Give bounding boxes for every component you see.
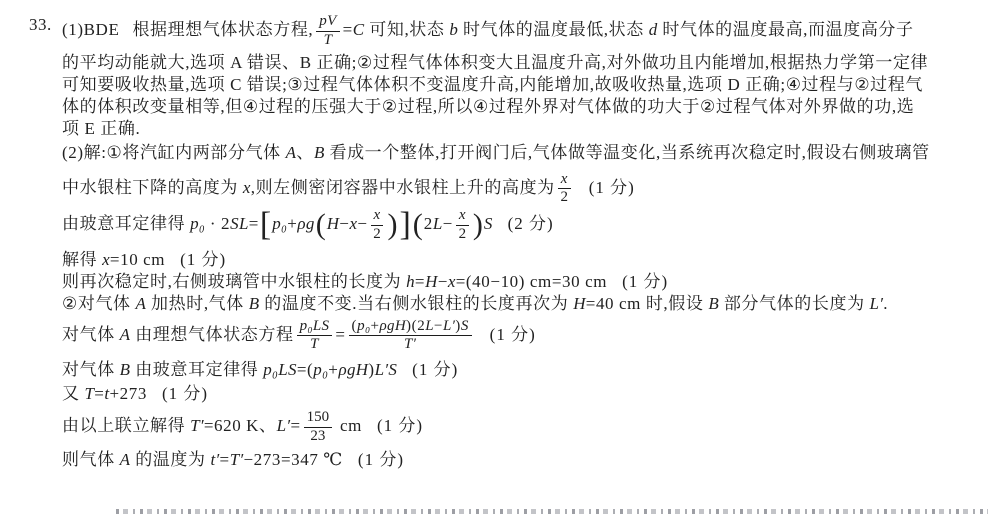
text-run: 解得 <box>62 250 102 269</box>
previous-line-fragment: 2.14/01—14/2. <box>116 0 998 8</box>
left-paren: ( <box>316 208 326 241</box>
text-run: =40 cm 时,假设 <box>586 294 709 313</box>
math-var: ρg <box>297 214 314 233</box>
solution-line: ②对气体 A 加热时,气体 B 的温度不变.当右侧水银柱的长度再次为 H=40 … <box>62 293 998 315</box>
text-run: 体的体积改变量相等,但④过程的压强大于②过程,所以④过程外界对气体做的功大于②过… <box>62 97 914 116</box>
math-var: p₀LS <box>263 360 297 379</box>
right-paren: ) <box>473 208 483 241</box>
score-mark: (1 分) <box>589 178 635 197</box>
text-run: ②对气体 <box>62 294 136 313</box>
math-var: T <box>84 384 94 403</box>
score-mark: (2 分) <box>508 214 554 233</box>
fraction-numerator: 150 <box>304 410 333 428</box>
text-run: 中水银柱下降的高度为 <box>62 178 243 197</box>
math-var: A <box>120 450 131 469</box>
math-var: ρgH <box>338 360 368 379</box>
math-result: =620 K、 <box>204 416 277 435</box>
math-operator: + <box>370 318 379 334</box>
solution-line: 解得 x=10 cm(1 分) <box>62 249 998 271</box>
fraction-denominator: 23 <box>310 428 325 445</box>
math-var: L <box>433 214 443 233</box>
math-var: L′ <box>277 416 291 435</box>
math-operator: = <box>249 214 259 233</box>
text-run: 部分气体的长度为 <box>719 294 870 313</box>
math-var: H <box>425 272 438 291</box>
equation-line: 由以上联立解得 T′=620 K、L′=15023 cm(1 分) <box>62 410 998 445</box>
solution-line: 的平均动能就大,选项 A 错误、B 正确;②过程气体体积变大且温度升高,对外做功… <box>62 52 998 74</box>
paren: )( <box>406 318 417 334</box>
math-var: S <box>484 214 493 233</box>
score-mark: (1 分) <box>358 450 404 469</box>
fraction-numerator: x <box>558 172 571 190</box>
score-mark: (1 分) <box>622 272 668 291</box>
text-run: 则再次稳定时,右侧玻璃管中水银柱的长度为 <box>62 272 406 291</box>
fraction-numerator: (p₀+ρgH)(2L−L′)S <box>349 319 472 337</box>
fragment-text: 2.14/01—14/2. <box>116 0 998 5</box>
text-run: ,则左侧密闭容器中水银柱上升的高度为 <box>251 178 555 197</box>
math-var: B <box>249 294 260 313</box>
unit-label: cm <box>335 416 362 435</box>
text-run: 时气体的温度最高,而温度高分子 <box>658 20 914 39</box>
math-var: T′ <box>190 416 204 435</box>
document-page: 2.14/01—14/2. 33.(1)BDE根据理想气体状态方程,pVT=C … <box>0 0 1006 471</box>
text-run: 加热时,气体 <box>146 294 249 313</box>
math-var: H <box>573 294 586 313</box>
left-paren: ( <box>413 208 423 241</box>
score-mark: (1 分) <box>490 325 536 344</box>
text-run: 由玻意耳定律得 <box>62 214 190 233</box>
answer-letters: (1)BDE <box>62 20 119 39</box>
text-run: 的温度不变.当右侧水银柱的长度再次为 <box>259 294 573 313</box>
fraction-numerator: pV <box>316 14 339 32</box>
math-var: L′ <box>443 318 455 334</box>
equation-line: 又 T=t+273(1 分) <box>62 383 998 405</box>
text-run: 由玻意耳定律得 <box>130 360 263 379</box>
solution-line: 则再次稳定时,右侧玻璃管中水银柱的长度为 h=H−x=(40−10) cm=30… <box>62 271 998 293</box>
text-run: 项 E 正确. <box>62 119 140 138</box>
text-run: 看成一个整体,打开阀门后,气体做等温变化,当系统再次稳定时,假设右侧玻璃管 <box>325 143 930 162</box>
math-var: p₀ <box>190 214 205 233</box>
math-result: =10 cm <box>110 250 165 269</box>
math-var: t′ <box>210 450 219 469</box>
text-run: 则气体 <box>62 450 120 469</box>
equation-line: 由玻意耳定律得 p₀ · 2SL=[p₀+ρg(H−x−x2)](2L−x2)S… <box>62 208 998 243</box>
solution-line: 可知要吸收热量,选项 C 错误;③过程气体体积不变温度升高,内能增加,故吸收热量… <box>62 74 998 96</box>
math-var: x <box>448 272 456 291</box>
score-mark: (1 分) <box>377 416 423 435</box>
math-operator: · 2 <box>205 214 230 233</box>
right-square-bracket: ] <box>399 206 410 243</box>
fraction-denominator: 2 <box>459 226 467 243</box>
math-operator: + <box>328 360 338 379</box>
solution-line: 中水银柱下降的高度为 x,则左侧密闭容器中水银柱上升的高度为x2(1 分) <box>62 172 998 207</box>
math-operator: − <box>339 214 349 233</box>
text-run: 的平均动能就大,选项 A 错误、B 正确;②过程气体体积变大且温度升高,对外做功… <box>62 53 928 72</box>
math-var: L <box>425 318 434 334</box>
math-var: L′S <box>375 360 398 379</box>
text-run: 、 <box>296 143 314 162</box>
math-operator: − <box>357 214 367 233</box>
math-operator: =( <box>297 360 313 379</box>
math-operator: − <box>443 214 453 233</box>
math-var: B <box>314 143 325 162</box>
math-operator: = <box>343 20 353 39</box>
math-operator: = <box>415 272 425 291</box>
math-var: T′ <box>230 450 244 469</box>
text-run: 可知要吸收热量,选项 C 错误;③过程气体体积不变温度升高,内能增加,故吸收热量… <box>62 75 923 94</box>
fraction: 15023 <box>304 410 333 445</box>
fraction-numerator: x <box>371 208 384 226</box>
math-result: −273=347 ℃ <box>243 450 342 469</box>
equation-line: 则气体 A 的温度为 t′=T′−273=347 ℃(1 分) <box>62 449 998 471</box>
right-paren: ) <box>387 208 397 241</box>
math-var: C <box>353 20 365 39</box>
math-var: B <box>708 294 719 313</box>
math-number: 2 <box>424 214 433 233</box>
math-var: x <box>243 178 251 197</box>
math-operator: + <box>287 214 297 233</box>
math-operator: = <box>94 384 104 403</box>
fraction-numerator: x <box>456 208 469 226</box>
math-var: SL <box>230 214 249 233</box>
text-run: 时气体的温度最低,状态 <box>458 20 649 39</box>
score-mark: (1 分) <box>412 360 458 379</box>
math-var: x <box>102 250 110 269</box>
fraction-denominator: 2 <box>561 189 569 206</box>
math-operator: = <box>290 416 300 435</box>
math-var: H <box>327 214 340 233</box>
text-run: 又 <box>62 384 84 403</box>
math-result: +273 <box>109 384 147 403</box>
fraction-denominator: T <box>310 336 319 353</box>
text-run: 对气体 <box>62 325 120 344</box>
text-run: (2)解:①将汽缸内两部分气体 <box>62 143 286 162</box>
score-mark: (1 分) <box>180 250 226 269</box>
text-run: 根据理想气体状态方程, <box>132 20 313 39</box>
math-var: A <box>136 294 147 313</box>
fraction-denominator: 2 <box>373 226 381 243</box>
math-operator: − <box>438 272 448 291</box>
fraction-denominator: T′ <box>404 336 416 353</box>
math-operator: = <box>335 325 345 344</box>
equation-line: 对气体 B 由玻意耳定律得 p₀LS=(p₀+ρgH)L′S(1 分) <box>62 359 998 381</box>
math-var: d <box>649 20 658 39</box>
text-run: 对气体 <box>62 360 120 379</box>
math-result: =(40−10) cm=30 cm <box>456 272 607 291</box>
math-var: p₀ <box>272 214 287 233</box>
text-run: 由理想气体状态方程 <box>130 325 293 344</box>
fraction: pVT <box>316 14 339 49</box>
math-var: A <box>120 325 131 344</box>
text-run: 由以上联立解得 <box>62 416 190 435</box>
math-operator: = <box>220 450 230 469</box>
math-var: p₀ <box>313 360 328 379</box>
fraction-denominator: T <box>324 32 333 49</box>
solution-line: 33.(1)BDE根据理想气体状态方程,pVT=C 可知,状态 b 时气体的温度… <box>62 14 998 49</box>
math-var: L′ <box>870 294 884 313</box>
math-var: ρgH <box>380 318 406 334</box>
fraction: p₀LST <box>297 319 333 354</box>
math-var: A <box>286 143 297 162</box>
math-operator: − <box>434 318 443 334</box>
fraction: x2 <box>371 208 384 243</box>
fraction-numerator: p₀LS <box>297 319 333 337</box>
equation-line: 对气体 A 由理想气体状态方程p₀LST=(p₀+ρgH)(2L−L′)ST′(… <box>62 319 998 354</box>
text-run: 的温度为 <box>130 450 210 469</box>
solution-line: 项 E 正确. <box>62 118 998 140</box>
text-run: . <box>883 294 888 313</box>
fraction: x2 <box>558 172 571 207</box>
solution-line: (2)解:①将汽缸内两部分气体 A、B 看成一个整体,打开阀门后,气体做等温变化… <box>62 142 998 164</box>
fraction: x2 <box>456 208 469 243</box>
fraction: (p₀+ρgH)(2L−L′)ST′ <box>349 319 472 354</box>
next-line-fragment <box>116 509 988 514</box>
math-var: h <box>406 272 415 291</box>
math-var: p₀ <box>357 318 370 334</box>
math-var: B <box>120 360 131 379</box>
question-number: 33. <box>29 14 52 36</box>
left-square-bracket: [ <box>260 206 271 243</box>
math-var: b <box>449 20 458 39</box>
solution-line: 体的体积改变量相等,但④过程的压强大于②过程,所以④过程外界对气体做的功大于②过… <box>62 96 998 118</box>
score-mark: (1 分) <box>162 384 208 403</box>
text-run: 可知,状态 <box>364 20 449 39</box>
math-var: S <box>461 318 469 334</box>
